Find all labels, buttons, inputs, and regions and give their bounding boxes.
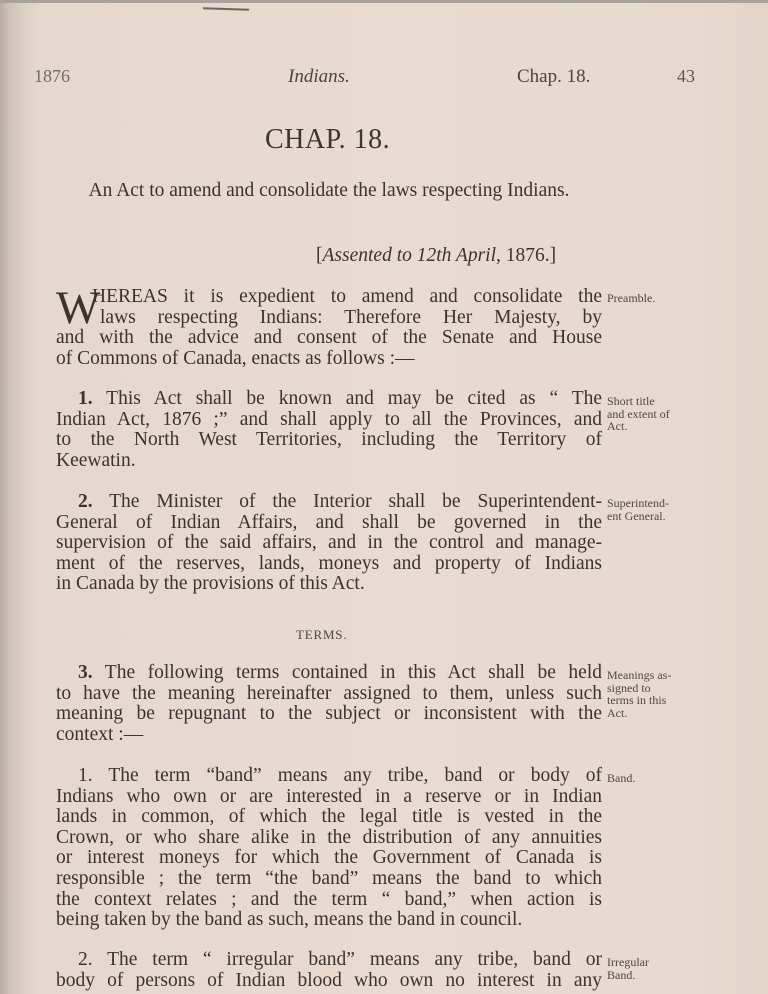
pencil-mark	[203, 7, 249, 11]
section-line: 1. This Act shall be known and may be ci…	[56, 389, 602, 410]
section-2-paragraph: 2. The Minister of the Interior shall be…	[56, 492, 602, 595]
preamble-line: of Commons of Canada, enacts as follows …	[56, 349, 602, 370]
section-line-text: The following terms contained in this Ac…	[93, 662, 602, 683]
book-page: 1876 Indians. Chap. 18. 43 CHAP. 18. An …	[0, 0, 768, 994]
section-line-text: This Act shall be known and may be cited…	[93, 388, 602, 409]
page-top-edge	[0, 0, 768, 3]
section-line: meaning be repugnant to the subject or i…	[56, 704, 602, 725]
preamble-line: HEREAS it is expedient to amend and cons…	[56, 287, 602, 308]
term-1-paragraph: 1. The term “band” means any tribe, band…	[56, 766, 602, 931]
header-year: 1876	[34, 66, 70, 87]
section-line: ment of the reserves, lands, moneys and …	[56, 554, 602, 575]
section-line-text: The Minister of the Interior shall be Su…	[93, 491, 602, 512]
header-chapter: Chap. 18.	[517, 66, 590, 88]
section-line: Keewatin.	[56, 451, 602, 472]
term-line: 1. The term “band” means any tribe, band…	[56, 766, 602, 787]
preamble-paragraph: HEREAS it is expedient to amend and cons…	[56, 287, 602, 369]
term-line: or interest moneys for which the Governm…	[56, 848, 602, 869]
section-line: to have the meaning hereinafter assigned…	[56, 684, 602, 705]
section-line: in Canada by the provisions of this Act.	[56, 574, 602, 595]
margin-note-irregular-band: Irregular Band.	[607, 956, 649, 981]
section-line: supervision of the said affairs, and in …	[56, 533, 602, 554]
section-line: 2. The Minister of the Interior shall be…	[56, 492, 602, 513]
section-line-text: Indian Act, 1876 ;” and shall apply to a…	[56, 409, 602, 430]
section-1-paragraph: 1. This Act shall be known and may be ci…	[56, 389, 602, 471]
section-line: to the North West Territories, including…	[56, 430, 602, 451]
margin-note-meanings: Meanings as- signed to terms in this Act…	[607, 669, 671, 719]
term-line: responsible ; the term “the band” means …	[56, 869, 602, 890]
term-line: 2. The term “ irregular band” means any …	[56, 950, 602, 971]
section-number: 3.	[78, 662, 93, 683]
term-line: being taken by the band as such, means t…	[56, 910, 602, 931]
terms-heading: TERMS.	[296, 627, 347, 643]
section-line: General of Indian Affairs, and shall be …	[56, 513, 602, 534]
act-title: An Act to amend and consolidate the laws…	[56, 180, 602, 202]
margin-note-band: Band.	[607, 772, 635, 785]
preamble-line: and with the advice and consent of the S…	[56, 328, 602, 349]
term-line: Indians who own or are interested in a r…	[56, 787, 602, 808]
section-number: 1.	[78, 388, 93, 409]
margin-note-superintendent: Superintend- ent General.	[607, 497, 669, 522]
page-number: 43	[677, 66, 695, 87]
assent-year: 1876.]	[501, 245, 556, 266]
term-line: the context relates ; and the term “ ban…	[56, 890, 602, 911]
term-2-paragraph: 2. The term “ irregular band” means any …	[56, 950, 602, 991]
term-line: Crown, or who share alike in the distrib…	[56, 828, 602, 849]
term-line: lands in common, of which the legal titl…	[56, 807, 602, 828]
term-line: body of persons of Indian blood who own …	[56, 971, 602, 992]
section-line: 3. The following terms contained in this…	[56, 663, 602, 684]
preamble-line: laws respecting Indians: Therefore Her M…	[56, 308, 602, 329]
margin-note-preamble: Preamble.	[607, 292, 655, 305]
section-line: context :—	[56, 725, 602, 746]
assent-italic: Assented to 12th April,	[323, 245, 501, 266]
section-3-paragraph: 3. The following terms contained in this…	[56, 663, 602, 745]
margin-note-short-title: Short title and extent of Act.	[607, 395, 670, 433]
section-number: 2.	[78, 491, 93, 512]
chapter-title: CHAP. 18.	[265, 124, 390, 156]
assent-line: [Assented to 12th April, 1876.]	[316, 245, 556, 267]
header-running-title: Indians.	[288, 66, 350, 88]
section-line: Indian Act, 1876 ;” and shall apply to a…	[56, 410, 602, 431]
